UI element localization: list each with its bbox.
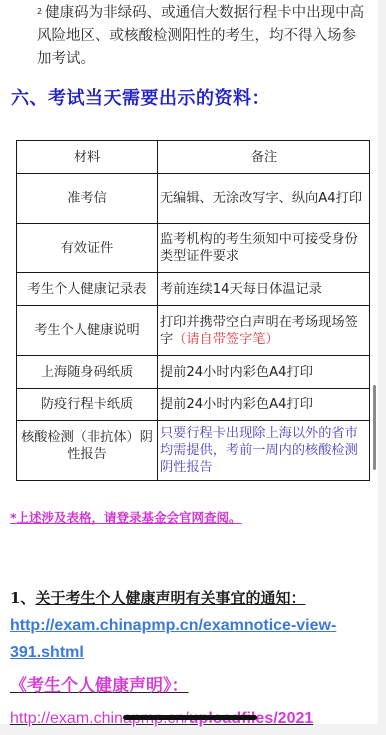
item-number: 1、: [10, 589, 35, 607]
material-cell: 上海随身码纸质: [17, 356, 158, 389]
note-cell: 只要行程卡出现除上海以外的省市均需提供，考前一周内的核酸检测阴性报告: [158, 421, 370, 481]
material-cell: 有效证件: [17, 224, 158, 273]
note-cell: 提前24小时内彩色A4打印: [158, 389, 370, 421]
notice-text: 健康码为非绿码、或通信大数据行程卡中出现中高风险地区、或核酸检测阳性的考生，均不…: [37, 5, 364, 67]
table-header-row: 材料 备注: [17, 141, 370, 174]
material-cell: 考生个人健康说明: [17, 306, 158, 356]
material-cell: 考生个人健康记录表: [17, 273, 158, 306]
table-row: 防疫行程卡纸质 提前24小时内彩色A4打印: [17, 389, 370, 421]
note-cell: 考前连续14天每日体温记录: [158, 273, 370, 306]
note-cell: 提前24小时内彩色A4打印: [158, 356, 370, 389]
page-content: 2健康码为非绿码、或通信大数据行程卡中出现中高风险地区、或核酸检测阳性的考生，均…: [0, 0, 378, 724]
table-row: 核酸检测（非抗体）阴性报告 只要行程卡出现除上海以外的省市均需提供，考前一周内的…: [17, 421, 370, 481]
table-row: 有效证件 监考机构的考生须知中可接受身份类型证件要求: [17, 224, 370, 273]
superscript-marker: 2: [37, 7, 42, 16]
home-indicator[interactable]: [123, 715, 257, 720]
vertical-scrollbar[interactable]: [373, 385, 376, 470]
table-row: 考生个人健康记录表 考前连续14天每日体温记录: [17, 273, 370, 306]
note-cell: 无编辑、无涂改写字、纵向A4打印: [158, 174, 370, 224]
note-cell: 打印并携带空白声明在考场现场签字（请自带签字笔）: [158, 306, 370, 356]
note-highlight: （请自带签字笔）: [173, 332, 279, 347]
health-declaration-notice: 1、关于考生个人健康声明有关事宜的通知：http://exam.chinapmp…: [10, 585, 370, 666]
material-cell: 核酸检测（非抗体）阴性报告: [17, 421, 158, 481]
table-row: 考生个人健康说明 打印并携带空白声明在考场现场签字（请自带签字笔）: [17, 306, 370, 356]
material-cell: 防疫行程卡纸质: [17, 389, 158, 421]
material-cell: 准考信: [17, 174, 158, 224]
table-row: 上海随身码纸质 提前24小时内彩色A4打印: [17, 356, 370, 389]
section-title: 六、考试当天需要出示的资料：: [11, 84, 270, 110]
header-material: 材料: [17, 141, 158, 174]
notice-title-link[interactable]: 关于考生个人健康声明有关事宜的通知：: [35, 589, 305, 607]
notice-paragraph: 2健康码为非绿码、或通信大数据行程卡中出现中高风险地区、或核酸检测阳性的考生，均…: [37, 2, 367, 71]
materials-table: 材料 备注 准考信 无编辑、无涂改写字、纵向A4打印 有效证件 监考机构的考生须…: [16, 140, 370, 481]
note-cell: 监考机构的考生须知中可接受身份类型证件要求: [158, 224, 370, 273]
footnote-link[interactable]: *上述涉及表格，请登录基金会官网查阅。: [10, 508, 242, 526]
table-row: 准考信 无编辑、无涂改写字、纵向A4打印: [17, 174, 370, 224]
notice-url-link[interactable]: http://exam.chinapmp.cn/examnotice-view-…: [10, 617, 336, 661]
header-note: 备注: [158, 141, 370, 174]
file-title-link[interactable]: 《考生个人健康声明》：: [10, 676, 189, 696]
